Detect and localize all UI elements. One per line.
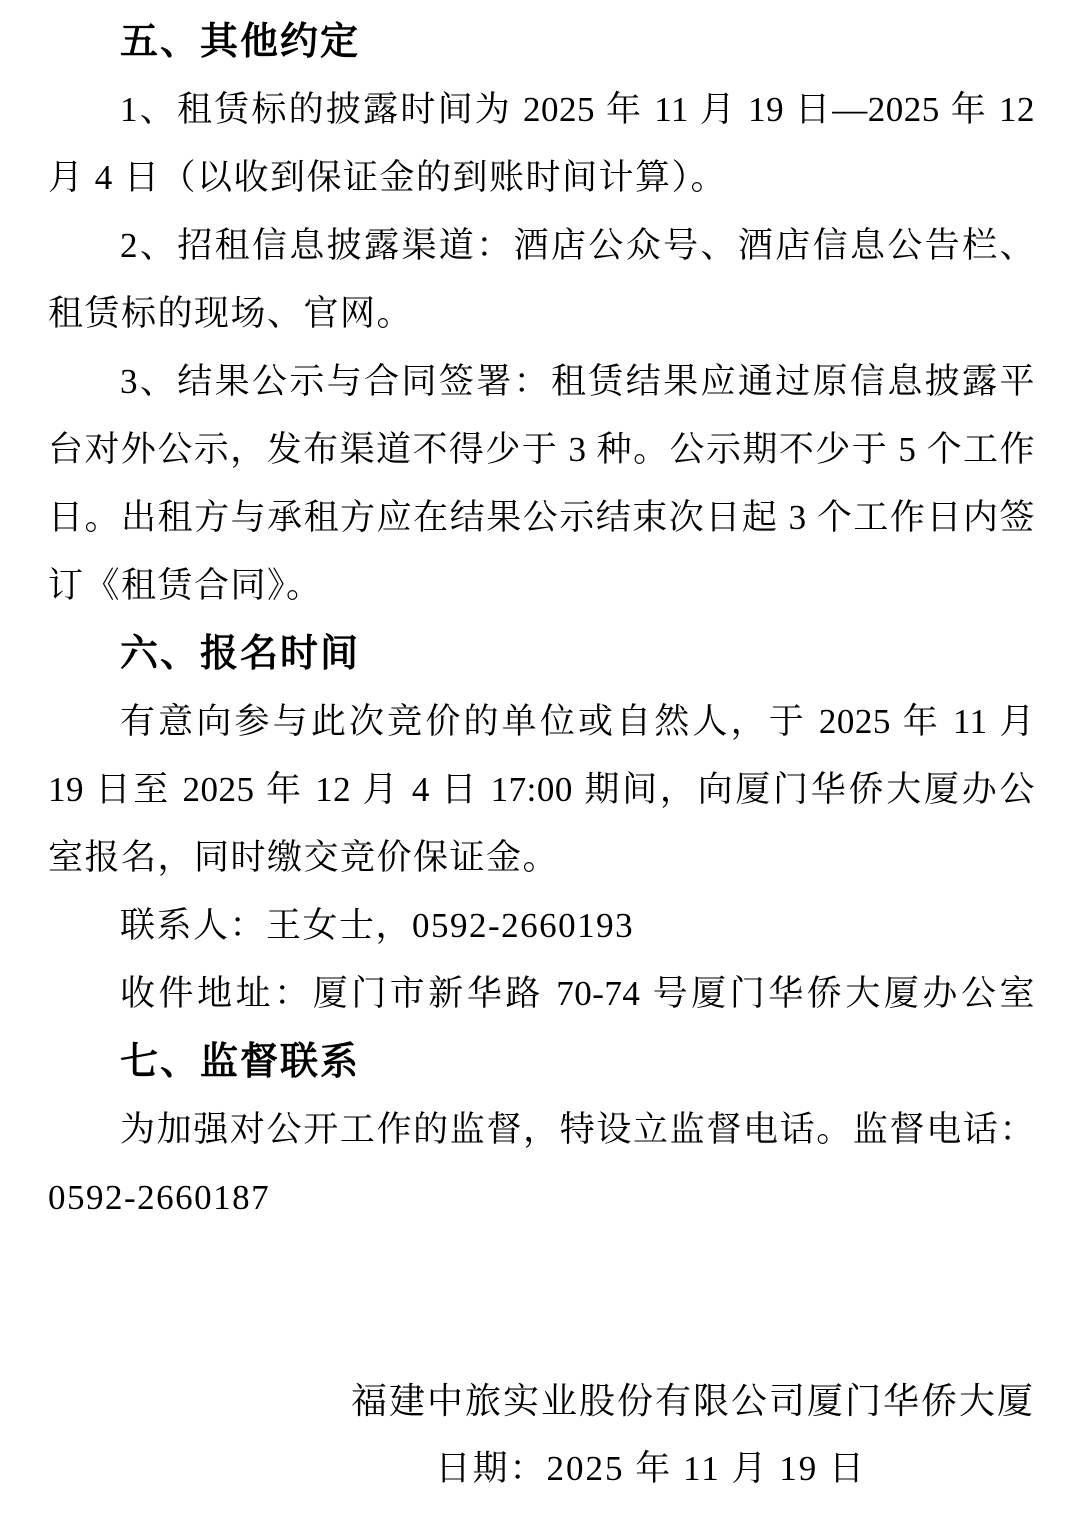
para-supervision-line-2: 0592-2660187 [48,1164,1035,1232]
heading-registration-time: 六、报名时间 [48,620,1035,688]
heading-other-provisions: 五、其他约定 [48,8,1035,76]
para-result-publicity-line-2: 台对外公示，发布渠道不得少于 3 种。公示期不少于 5 个工作 [48,416,1035,484]
para-result-publicity-line-4: 订《租赁合同》。 [48,552,1035,620]
para-disclosure-period-line-2: 月 4 日（以收到保证金的到账时间计算）。 [48,144,1035,212]
mailing-address-line: 收件地址：厦门市新华路 70-74 号厦门华侨大厦办公室 [48,960,1035,1028]
para-disclosure-channels-line-1: 2、招租信息披露渠道：酒店公众号、酒店信息公告栏、 [48,212,1035,280]
blank-lines [48,1232,1035,1367]
contact-person-line: 联系人：王女士，0592-2660193 [48,892,1035,960]
signature-company: 福建中旅实业股份有限公司厦门华侨大厦 [48,1367,1035,1435]
para-result-publicity-line-1: 3、结果公示与合同签署：租赁结果应通过原信息披露平 [48,348,1035,416]
document-page: 五、其他约定 1、租赁标的披露时间为 2025 年 11 月 19 日—2025… [0,0,1080,1531]
para-disclosure-channels-line-2: 租赁标的现场、官网。 [48,280,1035,348]
para-disclosure-period-line-1: 1、租赁标的披露时间为 2025 年 11 月 19 日—2025 年 12 [48,76,1035,144]
para-supervision-line-1: 为加强对公开工作的监督，特设立监督电话。监督电话： [48,1096,1035,1164]
para-result-publicity-line-3: 日。出租方与承租方应在结果公示结束次日起 3 个工作日内签 [48,484,1035,552]
para-registration-line-3: 室报名，同时缴交竞价保证金。 [48,824,1035,892]
signature-date: 日期：2025 年 11 月 19 日 [48,1435,1035,1503]
para-registration-line-2: 19 日至 2025 年 12 月 4 日 17:00 期间，向厦门华侨大厦办公 [48,756,1035,824]
para-registration-line-1: 有意向参与此次竞价的单位或自然人，于 2025 年 11 月 [48,688,1035,756]
heading-supervision-contact: 七、监督联系 [48,1028,1035,1096]
